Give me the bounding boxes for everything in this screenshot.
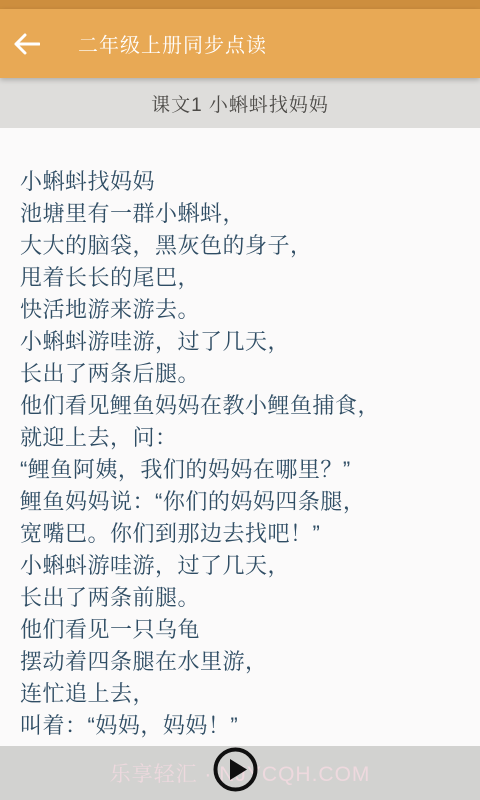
text-line[interactable]: 甩着长长的尾巴，	[20, 262, 466, 294]
play-icon	[212, 746, 259, 793]
text-line[interactable]: 连忙追上去，	[20, 678, 466, 710]
text-line[interactable]: 长出了两条后腿。	[20, 358, 466, 390]
back-button[interactable]	[14, 22, 58, 66]
play-button[interactable]	[212, 746, 259, 793]
text-line[interactable]: 他们看见一只乌龟	[20, 614, 466, 646]
status-bar	[0, 0, 480, 9]
text-line[interactable]: 叫着：“妈妈，妈妈！”	[20, 710, 466, 742]
text-line[interactable]: 鲤鱼妈妈说：“你们的妈妈四条腿，	[20, 486, 466, 518]
text-line[interactable]: 小蝌蚪游哇游，过了几天，	[20, 550, 466, 582]
text-line[interactable]: 大大的脑袋，黑灰色的身子，	[20, 230, 466, 262]
text-line[interactable]: 池塘里有一群小蝌蚪，	[20, 198, 466, 230]
text-line[interactable]: 长出了两条前腿。	[20, 582, 466, 614]
lesson-title: 课文1 小蝌蚪找妈妈	[151, 90, 329, 117]
lesson-text: 小蝌蚪找妈妈 池塘里有一群小蝌蚪， 大大的脑袋，黑灰色的身子， 甩着长长的尾巴，…	[0, 128, 480, 746]
app-bar: 二年级上册同步点读	[0, 9, 480, 78]
text-line[interactable]: 他们看见鲤鱼妈妈在教小鲤鱼捕食，	[20, 390, 466, 422]
app-screen: 二年级上册同步点读 课文1 小蝌蚪找妈妈 小蝌蚪找妈妈 池塘里有一群小蝌蚪， 大…	[0, 0, 480, 800]
page-title: 二年级上册同步点读	[78, 29, 267, 58]
text-line[interactable]: 快活地游来游去。	[20, 294, 466, 326]
text-line[interactable]: 宽嘴巴。你们到那边去找吧！”	[20, 518, 466, 550]
text-line[interactable]: 就迎上去，问：	[20, 422, 466, 454]
text-line[interactable]: 小蝌蚪找妈妈	[20, 166, 466, 198]
arrow-left-icon	[14, 33, 40, 55]
lesson-header: 课文1 小蝌蚪找妈妈	[0, 78, 480, 128]
text-line[interactable]: 小蝌蚪游哇游，过了几天，	[20, 326, 466, 358]
text-line[interactable]: “鲤鱼阿姨，我们的妈妈在哪里？”	[20, 454, 466, 486]
text-line[interactable]: 摆动着四条腿在水里游，	[20, 646, 466, 678]
